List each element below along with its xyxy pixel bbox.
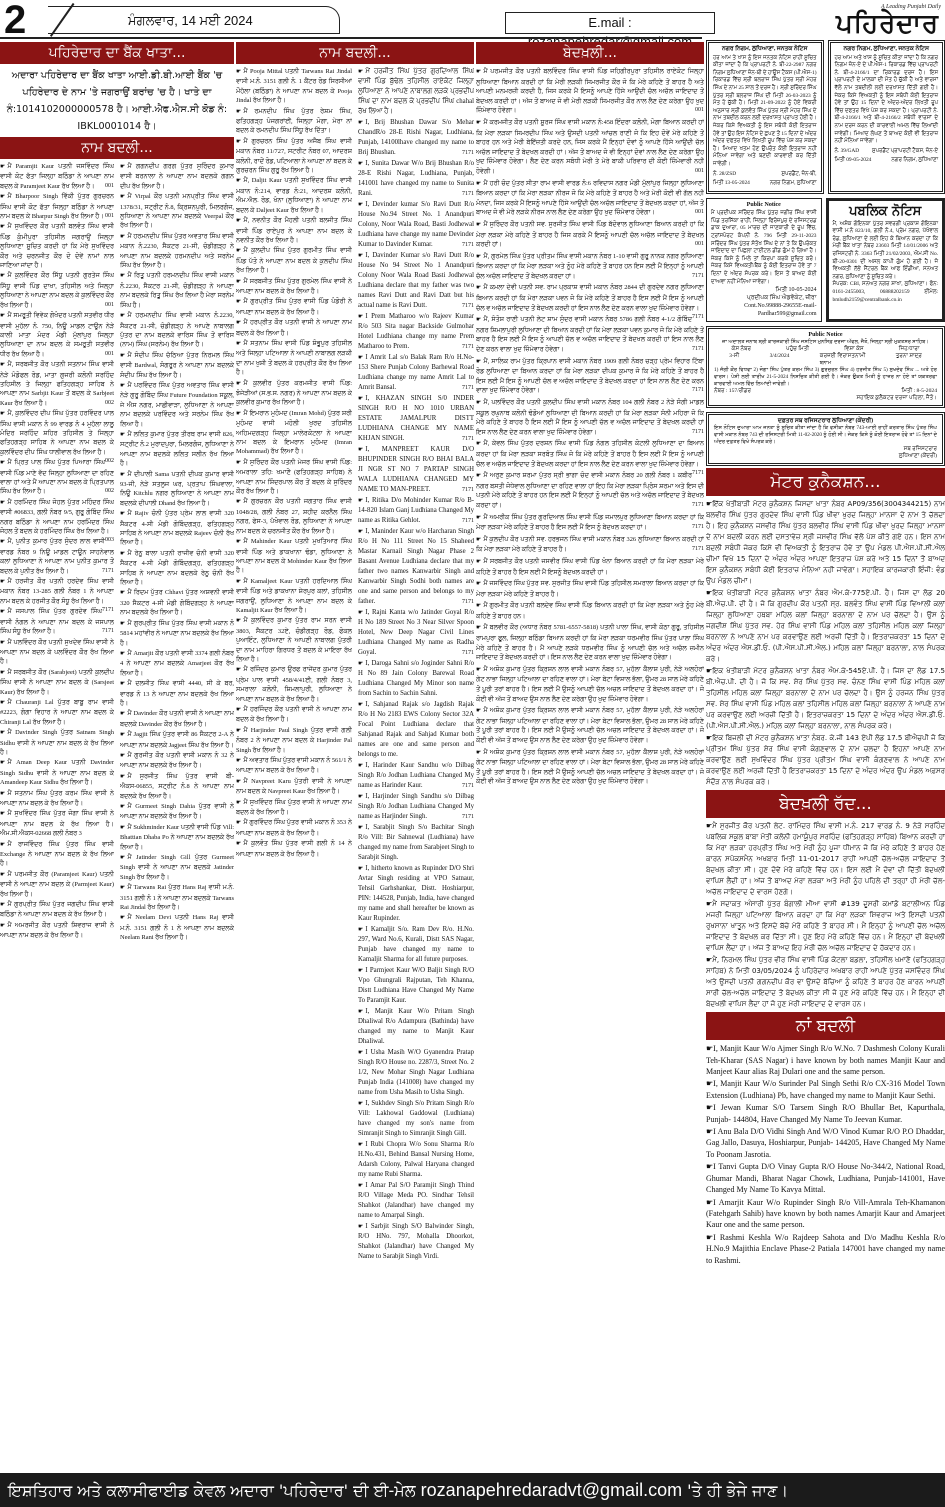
entry-text: ਮੈਂ ਲਲਿਤ ਕੁਮਾਰ ਪੁੱਤਰ ਤੀਰਥ ਰਾਮ ਵਾਸੀ 826, … xyxy=(120,431,234,467)
pointer-hand-icon: ☛ xyxy=(236,178,241,184)
list-item: ☛I, Davinder Kumar s/o Ravi Dutt R/o Hou… xyxy=(358,251,474,311)
entry-text: ਮੈਂ ਅਸ਼ੋਕ ਕੁਮਾਰ ਪੁੱਤਰ ਕ੍ਰਿਸ਼ਨ ਲਾਲ ਵਾਸੀ ਮ… xyxy=(476,749,704,786)
pointer-hand-icon: ☛ xyxy=(476,667,481,673)
entry-text: ਮੈਂ Tarwans Rai ਪੁੱਤਰ Hans Raj ਵਾਸੀ ਮ.ਨੰ… xyxy=(120,884,234,911)
pointer-hand-icon: ☛ xyxy=(358,396,363,402)
entry-code: 001 xyxy=(695,106,704,116)
list-item: ☛ਮੈਂ ਪਰਮਜੀਤ ਕੌਰ ਪਤਨੀ ਬਲਵਿੰਦਰ ਸਿੰਘ ਵਾਸੀ ਪ… xyxy=(476,67,704,116)
column-1: ਪਹਿਰੇਦਾਰ ਦਾ ਬੈਂਕ ਖਾਤਾ... ਅਦਾਰਾ ਪਹਿਰੇਦਾਰ … xyxy=(0,40,234,1468)
list-item: ☛ਮੈਂ ਰਿਤੂ ਪਤਨੀ ਹਰਮਨਦੀਪ ਸਿੰਘ ਵਾਸੀ ਮਕਾਨ ਨੰ… xyxy=(120,271,234,310)
entry-text: ਮੈਂ ਸੰਦੀਪ ਸਿੰਘ ਚੱਠਿਆ ਪੁੱਤਰ ਨਿਰਮਲ ਸਿੰਘ ਵਾ… xyxy=(120,352,234,379)
court-public-notice: Public Notice ਜ਼ਾ ਅਦਾਲਤ ਜਨਾਬ ਸ਼੍ਰੀ ਕਾਰਜਕ… xyxy=(706,326,945,408)
pointer-hand-icon: ☛ xyxy=(120,383,125,389)
pointer-hand-icon: ☛ xyxy=(0,411,5,417)
notice-title: ਨਗਰ ਨਿਗਮ, ਲੁਧਿਆਣਾ, ਜਨਤਕ ਨੋਟਿਸ xyxy=(835,46,939,54)
entry-text: ਮੈਂ Gurmeet Singh Dahia ਪੁੱਤਰ ਵਾਸੀ ਨੇ ਆਪ… xyxy=(120,803,234,820)
pointer-hand-icon: ☛ xyxy=(358,1224,363,1230)
entry-text: I, Maninder Kaur w/o Harcharan Singh R/o… xyxy=(358,528,474,605)
entry-text: ਮੈਂ Davinder ਕੌਰ ਪਤਨੀ ਵਾਸੀ ਨੇ ਆਪਣਾ ਨਾਮ ਬ… xyxy=(120,710,234,727)
pointer-hand-icon: ☛ xyxy=(358,661,363,667)
notice-ref: ਨੰ. 39/GAD xyxy=(835,148,860,156)
list-item: ☛ਮੈਂ ਗੁਰਮੀਤ ਕੌਰ ਪਤਨੀ ਬਲਦੇਵ ਸਿੰਘ ਵਾਸੀ ਪਿੰ… xyxy=(476,601,704,621)
entry-text: ਮੈਂ ਕੁਲਦੀਪ ਸਿੰਘ ਪੁੱਤਰ ਗੁਰਮੀਤ ਸਿੰਘ ਵਾਸੀ ਪ… xyxy=(236,247,352,274)
list-item: ☛ਮੈਂ ਅਸ਼ੋਕ ਕੁਮਾਰ ਪੁੱਤਰ ਕ੍ਰਿਸ਼ਨ ਲਾਲ ਵਾਸੀ … xyxy=(476,748,704,787)
pointer-hand-icon: ☛ xyxy=(476,603,481,609)
entry-text: I Anu Bala D/O Vidhi Singh And W/O Vinod… xyxy=(706,1127,945,1159)
entry-text: ਮੈਂ ਕੁਲਵੀਰ ਪੁੱਤਰ ਕਰਮਜੀਤ ਵਾਸੀ ਪਿੰਡ: ਝੰਜੇੜ… xyxy=(236,380,352,407)
entry-code: 7171 xyxy=(692,313,704,323)
notice-ref: ਨੰਬਰ : 157/ਰੀਡਰ xyxy=(714,388,751,395)
list-item: ☛ਮੈਂ ਰਾਜਵਿੰਦਰ ਸਿੰਘ ਪੁੱਤਰ ਸਿੰਘ ਵਾਸੀ Excha… xyxy=(0,840,114,869)
pointer-hand-icon: ☛ xyxy=(358,1009,363,1015)
pointer-hand-icon: ☛ xyxy=(0,872,5,878)
entry-text: I Tanvi Gupta D/O Vinay Gupta R/O House … xyxy=(706,1162,945,1194)
entry-text: ਮੈਂ ਅਮਰਜੀਤ ਕੌਰ ਪਤਨੀ ਸ਼ਿਵਰਾਜ ਵਾਸੀ ਨੇ ਆਪਣਾ… xyxy=(0,922,114,939)
entry-code: 7171 xyxy=(692,469,704,479)
notice-title: ਪਬਲਿਕ ਨੋਟਿਸ xyxy=(833,204,939,220)
entry-text: ਮੈਂ, Daljit Kaur ਪਤਨੀ ਸੁਖਵਿੰਦਰ ਸਿੰਘ ਵਾਸੀ… xyxy=(236,177,352,213)
pointer-hand-icon: ☛ xyxy=(120,855,125,861)
pointer-hand-icon: ☛ xyxy=(236,667,241,673)
name-change-english-list: ☛ਮੈਂ ਹਰਜੀਤ ਸਿੰਘ ਪੁੱਤਰ ਗੁਰਦਿਆਲ ਸਿੰਘ ਵਾਸੀ … xyxy=(358,67,474,1263)
pointer-hand-icon: ☛ xyxy=(476,559,481,565)
entry-text: ਮੈਂ ਅਰੁਣ ਕੁਮਾਰ ਸ਼ਰਮਾ ਪੁੱਤਰ ਸ੍ਰੀ ਭਾਗਾ ਚੰਦ… xyxy=(476,472,704,509)
pointer-hand-icon: ☛ xyxy=(236,248,241,254)
entry-text: ਮੈਂ, ਨਵਨੀਤ ਕੌਰ ਮੈਹਲੀ ਪਤਨੀ ਬਲਜੀਤ ਸਿੰਘ ਵਾਸ… xyxy=(236,217,352,244)
list-item: ☛I Kamaljit S/o. Ram Dev R/o. H.No. 297,… xyxy=(358,925,474,965)
pointer-hand-icon: ☛ xyxy=(120,885,125,891)
footer-text-end: 'ਤੇ ਹੀ ਭੇਜੇ ਜਾਣ। xyxy=(687,1481,788,1500)
name-change-heading-2: ਨਾਮ ਬਦਲੀ... xyxy=(236,42,474,64)
public-notice-bank: ਪਬਲਿਕ ਨੋਟਿਸ ਮੈਂ, ਅਸ਼ੋਕ ਗੋਇਨਕਾ ਪੁੱਤਰ ਸਵਰਗ… xyxy=(826,198,945,323)
entry-text: ਮੈਂ ਹਰਜਿੰਦਰ ਕੌਰ ਪਤਨੀ ਵਾਸੀ ਨੇ ਆਪਣਾ ਨਾਮ ਬਦ… xyxy=(236,706,352,723)
list-item: ☛ਮੈਂ ਕੁਲਦੀਪ ਕੌਰ ਪਤਨੀ ਸਵ. ਹਰਭਜਨ ਸਿੰਘ ਵਾਸੀ… xyxy=(476,535,704,555)
entry-text: ਮੈਂ Jatinder Singh Gill ਪੁੱਤਰ Gurmeet Si… xyxy=(120,854,234,881)
entry-text: ਮੈਂ ਸਮਰੂਤੀ ਵਿਵੇਕ ਗੋਖੰਦਰ ਪਤਨੀ ਸਤਵੀਰ ਧੀਰ ਵ… xyxy=(0,312,114,358)
entry-code: 7171 xyxy=(462,189,474,199)
entry-text: ਮੈਂ ਸੁਰਜੀਤ ਕੌਰ ਪਤਨੀ ਲੇਟ. ਰਾਮਿੰਦਰ ਸਿੰਘ ਵਾ… xyxy=(706,822,945,896)
list-item: ☛ਮੈਂ Tarwans Rai ਪੁੱਤਰ Hans Raj ਵਾਸੀ ਮ.ਨ… xyxy=(120,883,234,912)
pointer-hand-icon: ☛ xyxy=(0,923,5,929)
list-item: ☛ਮੈਂ ਅਰੁਣ ਕੁਮਾਰ ਸ਼ਰਮਾ ਪੁੱਤਰ ਸ੍ਰੀ ਭਾਗਾ ਚੰ… xyxy=(476,471,704,510)
case-col-value: 3/4/2024 xyxy=(770,353,790,360)
list-item: ☛ਮੈਂ ਗਗਨਦੀਪ ਗਰਗ ਪੁੱਤਰ ਸੁਰਿੰਦਰ ਕੁਮਾਰ ਵਾਸੀ… xyxy=(120,162,234,191)
list-item: ☛I, Sarabjit Singh S/o Bachitar Singh R/… xyxy=(358,823,474,863)
list-item: ☛I Rashmi Keshla W/o Rajdeep Sahota and … xyxy=(706,1232,945,1266)
pointer-hand-icon: ☛ xyxy=(236,279,241,285)
name-change-left-list: ☛ਮੈਂ Paramjit Kaur ਪਤਨੀ ਜਸਵਿੰਦਰ ਸਿੰਘ ਵਾਸ… xyxy=(0,162,114,944)
list-item: ☛ਮੈਂ ਰੇਨੂ ਬਾਲਾ ਪਤਨੀ ਰਾਜੀਵ ਚੰਨੀ ਵਾਸੀ 320 … xyxy=(120,549,234,588)
pointer-hand-icon: ☛ xyxy=(120,234,125,240)
entry-text: ਮੈਂ ਗੁਰਪ੍ਰੀਤ ਸਿੰਘ ਪੁੱਤਰ ਵਾਸੀ ਪਿੰਡ ਪੰਡੋਰੀ… xyxy=(236,298,352,315)
pointer-hand-icon: ☛ xyxy=(0,700,5,706)
pointer-hand-icon: ☛ xyxy=(476,400,481,406)
pointer-hand-icon: ☛ xyxy=(358,794,363,800)
disinheritance-list: ☛ਮੈਂ ਪਰਮਜੀਤ ਕੌਰ ਪਤਨੀ ਬਲਵਿੰਦਰ ਸਿੰਘ ਵਾਸੀ ਪ… xyxy=(476,67,704,787)
list-item: ☛ਮੈਂ, ਸਰਬਜੀਤ ਕੌਰ ਪਤਨੀ ਸਤਨਾਮ ਸਿੰਘ ਵਾਸੀ ਨੇ… xyxy=(0,360,114,408)
list-item: ☛ਮੈਂ ਅਸ਼ੋਕ ਕੁਮਾਰ ਪੁੱਤਰ ਕ੍ਰਿਸ਼ਨ ਲਾਲ ਵਾਸੀ … xyxy=(476,706,704,745)
list-item: ☛ਮੈਂ ਹਰਜਿੰਦਰ ਕੌਰ ਪਤਨੀ ਵਾਸੀ ਨੇ ਆਪਣਾ ਨਾਮ ਬ… xyxy=(236,705,352,725)
list-item: ☛ਮੈਂ Davinder Singh ਪੁੱਤਰ Satnam Singh S… xyxy=(0,728,114,757)
list-item: ☛ਮੈਂ ਬਲਵੀਰ ਕੌਰ (ਅਧਾਰ ਨੰਬਰ 5781-6557-5818… xyxy=(476,623,704,662)
notice-contact[interactable]: ਸੰਪਰਕ: CBI, ਸਨਅਤ ਨਗਰ ਸ਼ਾਖਾ, ਲੁਧਿਆਣਾ। ਫੋਨ… xyxy=(833,281,939,304)
pointer-hand-icon: ☛ xyxy=(120,432,125,438)
pointer-hand-icon: ☛ xyxy=(236,618,241,624)
entry-text: ਮੈਂ ਅਸ਼ੋਕ ਕੁਮਾਰ ਪੁੱਤਰ ਕ੍ਰਿਸ਼ਨ ਲਾਲ ਵਾਸੀ ਮ… xyxy=(476,707,704,744)
name-change-punjabi-list: ☛ਮੈਂ Pooja Mittal ਪਤਨੀ Tarwans Rai Jinda… xyxy=(236,67,352,1263)
entry-code: 001 xyxy=(105,301,114,310)
pointer-hand-icon: ☛ xyxy=(236,218,241,224)
list-item: ☛ਮੈਂ ਕੁਲਦੀਪ ਸਿੰਘ ਪੁੱਤਰ ਗੁਰਮੀਤ ਸਿੰਘ ਵਾਸੀ … xyxy=(236,246,352,275)
entry-code: 7171 xyxy=(462,301,474,311)
list-item: ☛I, Rajni Kanta w/o Jatinder Goyal R/o H… xyxy=(358,608,474,658)
entry-text: I, hitherto known as Rupinder D/O Shri A… xyxy=(358,865,474,922)
pointer-hand-icon: ☛ xyxy=(476,69,481,75)
notice-office: ਨਗਰ ਨਿਗਮ, ਲੁਧਿਆਣਾ xyxy=(770,180,817,188)
pointer-hand-icon: ☛ xyxy=(236,299,241,305)
disinheritance-cancel-heading: ਬੇਦਖ਼ਲੀ ਰੱਦ... xyxy=(706,790,945,818)
entry-text: ਮੈਂ Harjinder Paul Singh ਪੁੱਤਰ ਵਾਸੀ ਗਲੀ … xyxy=(236,727,352,754)
pointer-hand-icon: ☛ xyxy=(0,273,5,279)
list-item: ☛ਮੈਂ ਸੁਰਿੰਦਰ ਕੌਰ ਪਤਨੀ ਮੇਜਰ ਸਿੰਘ ਵਾਸੀ ਪਿੰ… xyxy=(236,458,352,497)
list-item: ☛I, Ritika D/o Mohinder Kumar R/o B-14-8… xyxy=(358,496,474,526)
pointer-hand-icon: ☛ xyxy=(236,579,241,585)
list-item: ☛ਮੈਂ ਹਰਪ੍ਰੀਤ ਕੌਰ ਪਤਨੀ ਵਾਸੀ ਨੇ ਆਪਣਾ ਨਾਮ ਬ… xyxy=(236,318,352,338)
pointer-hand-icon: ☛ xyxy=(476,285,481,291)
list-item: ☛I, Harjinder Singh Sandhu s/o Dilbag Si… xyxy=(358,792,474,822)
list-item: ☛I Tanvi Gupta D/O Vinay Gupta R/O House… xyxy=(706,1161,945,1195)
entry-text: ਮੈਂ ਹਰੀ ਚੰਦ ਪੁੱਤਰ ਸੀਤਾ ਰਾਮ ਵਾਸੀ ਵਾਰਡ ਨੰ:… xyxy=(476,180,704,217)
entry-text: ਮੈਂ Aman Deep Kaur ਪਤਨੀ Davinder Singh S… xyxy=(0,759,114,786)
list-item: ☛ਮੈਂ, ਨਵਨੀਤ ਕੌਰ ਮੈਹਲੀ ਪਤਨੀ ਬਲਜੀਤ ਸਿੰਘ ਵਾ… xyxy=(236,216,352,245)
pointer-hand-icon: ☛ xyxy=(476,317,481,323)
list-item: ☛I, Maninder Kaur w/o Harcharan Singh R/… xyxy=(358,527,474,607)
contact-email[interactable]: E.mail : rozanapehredar@gmail.com xyxy=(505,12,715,34)
entry-text: I, MANPREET KAUR D/O BHUPINDER SINGH R/O… xyxy=(358,446,474,493)
pointer-hand-icon: ☛ xyxy=(358,763,363,769)
pointer-hand-icon: ☛ xyxy=(120,732,125,738)
entry-text: ਮੈਂ Chauranji Lal ਪੁੱਤਰ ਬਾਬੂ ਰਾਮ ਵਾਸੀ #2… xyxy=(0,699,114,726)
list-item: ☛ਮੈਂ ਕੁਲਵੰਤ ਸਿੰਘ ਪੁੱਤਰ ਵਾਸੀ ਗਲੀ ਨੰ 14 ਨੇ… xyxy=(236,839,352,859)
list-item: ☛ਮੈਂ ਕਰਮਜੀਤ ਕੌਰ ਪਤਨੀ ਸੂਰਜ ਸਿੰਘ ਵਾਸੀ ਮਕਾਨ… xyxy=(476,118,704,177)
pointer-hand-icon: ☛ xyxy=(236,341,241,347)
entry-text: I, Manjit Kaur W/o Ajmer Singh R/o W.No.… xyxy=(706,1044,945,1076)
pointer-hand-icon: ☛ xyxy=(236,109,241,115)
pointer-hand-icon: ☛ xyxy=(358,529,363,535)
entry-text: ਮੈਂ ਅਸ਼ੋਕ ਕੁਮਾਰ ਪੁੱਤਰ ਕ੍ਰਿਸ਼ਨ ਲਾਲ ਵਾਸੀ ਮ… xyxy=(476,666,704,703)
date-tab: ਮੰਗਲਵਾਰ, 14 ਮਈ 2024 xyxy=(48,6,340,34)
list-item: ☛ਇਕ ਬਿਜਲੀ ਦੀ ਮੋਟਰ ਕੁਨੈਕਸ਼ਨ ਖਾਤਾ ਨੰਬਰ. ਕੇ… xyxy=(706,733,945,788)
pointer-hand-icon: ☛ xyxy=(0,640,5,646)
entry-code: 7171 xyxy=(462,342,474,352)
list-item: ☛ਮੈਂ ਸਮਰੂਤੀ ਵਿਵੇਕ ਗੋਖੰਦਰ ਪਤਨੀ ਸਤਵੀਰ ਧੀਰ … xyxy=(0,311,114,359)
entry-text: ਮੈਂ Bharpoor Singh ਵਿੱਕੀ ਪੁੱਤਰ ਗੁਰਚਰਨ ਸਿ… xyxy=(0,193,114,220)
list-item: ☛ਮੈਂ ਸੁਖਵਿੰਦਰ ਕੌਰ ਪਤਨੀ ਬਲਵੰਤ ਸਿੰਘ ਵਾਸੀ ਪ… xyxy=(0,222,114,270)
list-item: ☛ਮੈਂ ਗੁਰਪ੍ਰੀਤ ਸਿੰਘ ਪੁੱਤਰ ਸਿੰਘ ਵਾਸੀ ਮਕਾਨ … xyxy=(120,619,234,648)
pointer-hand-icon: ☛ xyxy=(0,811,5,817)
list-item: ☛I Amrit Lal s/o Balak Ram R/o H.No-153 … xyxy=(358,353,474,393)
list-item: ☛ਮੈਂ ਕੁਲਵਿੰਦਰ ਕੌਰ ਸਿੱਧੂ ਪਤਨੀ ਗੁਰਤੇਜ ਸਿੰਘ… xyxy=(0,271,114,310)
pointer-hand-icon: ☛ xyxy=(358,927,363,933)
entry-text: I, Davinder Kumar s/o Ravi Dutt R/o Hous… xyxy=(358,252,474,309)
entry-text: ਮੈਂ Rajiv ਚੰਨੀ ਪੁੱਤਰ ਪ੍ਰੇਮ ਲਾਲ ਵਾਸੀ 320 … xyxy=(120,510,234,546)
list-item: ☛ਮੈਂ ਸੁਖਵਿੰਦਰ ਸਿੰਘ ਪੁੱਤਰ ਜੋਗਾ ਸਿੰਘ ਵਾਸੀ … xyxy=(0,809,114,838)
entry-text: ਮੈਂ Virpal ਕੌਰ ਪਤਨੀ ਮਨਪ੍ਰੀਤ ਸਿੰਘ ਵਾਸੀ 13… xyxy=(120,193,234,229)
list-item: ☛ਮੈਂ ਹਰਜੀਤ ਕੌਰ ਪਤਨੀ ਹਰਦੇਵ ਸਿੰਘ ਵਾਸੀ ਮਕਾਨ… xyxy=(0,577,114,606)
notice-signatory: ਸੁਪਰਡੈਂਟ ਪ੍ਰਾਪਰਟੀ ਟੈਕਸ, ਜ਼ੋਨ-ਏ xyxy=(872,148,938,156)
pointer-hand-icon: ☛ xyxy=(358,253,363,259)
notice-body: ਮੈਂ, ਅਸ਼ੋਕ ਗੋਇਨਕਾ ਪੁੱਤਰ ਸਵਰਗੀ ਪ੍ਰਕਾਸ਼ ਗੋ… xyxy=(833,221,939,282)
list-item: ☛ਮੈਂ ਜਸਪਾਲ ਸਿੰਘ ਪੁੱਤਰ ਗੁਰਦੇਵ ਸਿੰਘ ਵਾਸੀ ਨ… xyxy=(0,607,114,636)
entry-text: ਮੈਂ ਅਮਰੀਕ ਸਿੰਘ ਪੁੱਤਰ ਗੁਰਦਿਆਲ ਸਿੰਘ ਵਾਸੀ ਪ… xyxy=(476,514,704,532)
list-item: ☛ਮੈਂ, ਕੁਲਵਿੰਦਰ ਦੀਪ ਸਿੰਘ ਪੁੱਤਰ ਹਰਵਿੰਦਰ ਪਾ… xyxy=(0,409,114,457)
entry-code: 7171 xyxy=(102,606,114,615)
entry-text: I Prem Matharoo w/o Rajeev Kumar R/o 503… xyxy=(358,313,474,350)
list-item: ☛I, Harinder Kaur Sandhu w/o Dilbag Sing… xyxy=(358,761,474,791)
list-item: ☛ਮੈਂ ਕੁਲਵੀਰ ਪੁੱਤਰ ਕਰਮਜੀਤ ਵਾਸੀ ਪਿੰਡ: ਝੰਜੇ… xyxy=(236,379,352,408)
pointer-hand-icon: ☛ xyxy=(120,313,125,319)
list-item: ☛I Usha Masih W/O Gyanendra Pratap Singh… xyxy=(358,1048,474,1098)
pointer-hand-icon: ☛ xyxy=(476,222,481,228)
case-col-label: ਪਹੁੰਚ ਮਿਤੀ xyxy=(786,346,809,353)
list-item: ☛ਮੈਂ, ਗੁਰਮੇਲ ਸਿੰਘ ਪੁੱਤਰ ਪ੍ਰੀਤਮ ਸਿੰਘ ਵਾਸੀ… xyxy=(476,252,704,282)
entry-text: I, Manjit Kaur W/o Surinder Pal Singh Se… xyxy=(706,1079,945,1099)
pointer-hand-icon: ☛ xyxy=(358,610,363,616)
list-item: ☛ਮੈਂ ਸਰਬਜੀਤ ਕੌਰ ਪਤਨੀ ਜਸਵੀਰ ਸਿੰਘ ਵਾਸੀ ਪਿੰ… xyxy=(476,557,704,577)
list-item: ☛ਮੈਂ, ਪਲਵਿੰਦਰ ਕੌਰ ਪਤਨੀ ਕੁਲਦੀਪ ਸਿੰਘ ਵਾਸੀ … xyxy=(476,398,704,437)
entry-text: I Sarbjit Singh S/O Balwinder Singh, R/O… xyxy=(358,1223,474,1260)
entry-code: 002 xyxy=(105,457,114,466)
entry-text: I, Harjinder Singh Sandhu s/o Dilbag Sin… xyxy=(358,793,474,820)
pointer-hand-icon: ☛ xyxy=(120,804,125,810)
column-2: ਨਾਮ ਬਦਲੀ... ☛ਮੈਂ Pooja Mittal ਪਤਨੀ Tarwa… xyxy=(236,40,474,1468)
entry-text: ਮੈਂ ਗਗਨਦੀਪ ਗਰਗ ਪੁੱਤਰ ਸੁਰਿੰਦਰ ਕੁਮਾਰ ਵਾਸੀ … xyxy=(120,163,234,190)
entry-text: ਮੈਂ ਰਮਨਦੀਪ ਸਿੰਘ ਪੁੱਤਰ ਰੇਸ਼ਮ ਸਿੰਘ, ਫਤਿਹਗੜ… xyxy=(236,108,352,135)
entry-code: 7171 xyxy=(462,485,474,495)
name-change-subcolumns: ☛ਮੈਂ Paramjit Kaur ਪਤਨੀ ਜਸਵਿੰਦਰ ਸਿੰਘ ਵਾਸ… xyxy=(0,162,234,944)
list-item: ☛ਮੈਂ ਪ੍ਰਿਤ ਪਾਲ ਸਿੰਘ ਪੁੱਤਰ ਪਿਆਰਾ ਸਿੰਘ ਵਾਸ… xyxy=(0,458,114,497)
entry-text: ਮੈਂ ਹਰਜੀਤ ਸਿੰਘ ਪੁੱਤਰ ਗੁਰਦਿਆਲ ਸਿੰਘ ਵਾਸੀ ਪ… xyxy=(358,68,474,115)
pointer-hand-icon: ☛ xyxy=(358,447,363,453)
entry-text: I, Devinder kumar S/o Ravi Dutt R/o Hous… xyxy=(358,201,474,248)
entry-text: ਮੈਂ Pooja Mittal ਪਤਨੀ Tarwans Rai Jindal… xyxy=(236,68,352,104)
pointer-hand-icon: ☛ xyxy=(476,708,481,714)
list-item: ☛ਮੈਂ ਰਿਦਮ ਪੁੱਤਰ Chhavi ਪੁੱਤਰ ਅਸ਼ਵਨੀ ਵਾਸੀ… xyxy=(120,588,234,617)
pointer-hand-icon: ☛ xyxy=(0,460,5,466)
pointer-hand-icon: ☛ xyxy=(358,1050,363,1056)
entry-text: ਮੈਂ ਹਰਪ੍ਰੀਤ ਕੌਰ ਪਤਨੀ ਵਾਸੀ ਨੇ ਆਪਣਾ ਨਾਮ ਬਦ… xyxy=(236,319,352,336)
list-item: ☛ਮੈਂ, ਸੰਤੋਸ਼ ਰਾਣੀ ਪਤਨੀ ਲੇਟ ਸ਼ਾਮ ਸੁੰਦਰ ਵਾ… xyxy=(476,315,704,354)
notice-body: 1) ਜੱਗੀ ਕੌਰ ਵਿਧਵਾ 2) ਜੋਗਾ ਸਿੰਘ ਪੁੱਤਰ ਕਰਮ… xyxy=(714,367,937,388)
list-item: ☛I, Brij Bhushan Dawar S/o Mehar ChandR/… xyxy=(358,118,474,158)
pointer-hand-icon: ☛ xyxy=(476,750,481,756)
entry-text: ਮੈਂ ਰਿਤੂ ਪਤਨੀ ਹਰਮਨਦੀਪ ਸਿੰਘ ਵਾਸੀ ਮਕਾਨ ਨੰ.… xyxy=(120,272,234,308)
masthead: 2 ਮੰਗਲਵਾਰ, 14 ਮਈ 2024 E.mail : rozanapeh… xyxy=(0,0,945,40)
list-item: ☛ਮੈਂ ਗੁਰਜੀਤ ਕੌਰ ਪਤਨੀ ਵਾਸੀ ਮਕਾਨ ਨੰ 32 ਨੇ … xyxy=(120,751,234,771)
list-item: ☛ਮੈਂ ਕੁਲਵਿੰਦਰ ਕੁਮਾਰ ਪੁੱਤਰ ਰਾਮ ਸਰਨ ਵਾਸੀ 3… xyxy=(236,616,352,664)
entry-text: ਮੈਂ Jagjit ਸਿੰਘ ਪੁੱਤਰ ਵਾਸੀ 86 ਸੈਕਟਰ 2-A … xyxy=(120,731,234,748)
notices-row-1: ਨਗਰ ਨਿਗਮ, ਲੁਧਿਆਣਾ, ਜਨਤਕ ਨੋਟਿਸ ਹਰ ਆਮ ਤੇ ਖ… xyxy=(706,40,945,194)
entry-code: 7171 xyxy=(462,516,474,526)
newspaper-logo: A Leading Punjabi Daily ਪਹਿਰੇਦਾਰ xyxy=(756,2,945,38)
pointer-hand-icon: ☛ xyxy=(236,69,241,75)
entry-text: ਮੈਂ, ਕੁਲਵਿੰਦਰ ਦੀਪ ਸਿੰਘ ਪੁੱਤਰ ਹਰਵਿੰਦਰ ਪਾਲ… xyxy=(0,410,114,456)
pointer-hand-icon: ☛ xyxy=(0,609,5,615)
list-item: ☛I, KHAZAN SINGH S/0 INDER SINGH R/O H N… xyxy=(358,394,474,444)
entry-text: ਮੈਂ Kamaljeet Kaur ਪਤਨੀ ਹਰਦਿਆਲ ਸਿੰਘ ਵਾਸੀ… xyxy=(236,578,352,614)
entry-text: ਮੈਂ ਗੁਰਜੀਤ ਕੌਰ ਪਤਨੀ ਵਾਸੀ ਮਕਾਨ ਨੰ 32 ਨੇ ਆ… xyxy=(120,752,234,769)
pointer-hand-icon: ☛ xyxy=(236,779,241,785)
list-item: ☛ਮੈਂ ਪਲਵਿੰਦਰ ਕੌਰ ਪਤਨੀ ਸੁਖਦੇਵ ਸਿੰਘ ਵਾਸੀ ਨ… xyxy=(0,638,114,667)
list-item: ☛ਮੈਂ ਸਰਬਜੀਤ ਕੌਰ (Sarabjeet) ਪਤਨੀ ਕੁਲਦੀਪ … xyxy=(0,668,114,697)
pointer-hand-icon: ☛ xyxy=(358,866,363,872)
notice-signatory: ਸੁਪਰਡੈਂਟ, ਜ਼ੋਨ-ਬੀ, xyxy=(781,171,816,179)
list-item: ☛ਮੈਂ ਹਰਮਨਦੀਪ ਸਿੰਘ ਵਾਸੀ ਮਕਾਨ ਨੰ.2230, ਸੈਕ… xyxy=(120,311,234,350)
footer-email[interactable]: rozanapehredaradvt@gmail.com xyxy=(421,1480,682,1500)
pointer-hand-icon: ☛ xyxy=(358,968,363,974)
entry-code: 001 xyxy=(695,167,704,177)
entry-code: 003 xyxy=(105,536,114,545)
logo-text: ਪਹਿਰੇਦਾਰ xyxy=(836,10,939,38)
entry-text: ਮੈਂ ਜਸਪਾਲ ਸਿੰਘ ਪੁੱਤਰ ਗੁਰਦੇਵ ਸਿੰਘ ਵਾਸੀ ਨੰ… xyxy=(0,608,114,635)
entry-code: 7171 xyxy=(692,386,704,396)
list-item: ☛ਮੈਂ ਕਮਲਾ ਦੇਵੀ ਪਤਨੀ ਸਵ. ਰਾਮ ਪ੍ਰਕਾਸ਼ ਵਾਸੀ… xyxy=(476,283,704,313)
list-item: ☛ਮੈਂ Pooja Mittal ਪਤਨੀ Tarwans Rai Jinda… xyxy=(236,67,352,106)
list-item: ☛ਮੈਂ Virpal ਕੌਰ ਪਤਨੀ ਮਨਪ੍ਰੀਤ ਸਿੰਘ ਵਾਸੀ 1… xyxy=(120,192,234,231)
motor-connection-list: ☛ਇੱਕ ਖੇਤੀਬਾੜੀ ਮੋਟਰ ਕੁਨੈਕਸ਼ਨ ਜਿਸਦਾ ਖਾਤਾ ਨ… xyxy=(706,499,945,788)
list-item: ☛I, Sunita Dawar W/o Brij Bhushan R/o 28… xyxy=(358,159,474,199)
list-item: ☛ਮੈਂ ਸਤਨਾਮ ਸਿੰਘ ਪੁੱਤਰ ਕਰਮ ਸਿੰਘ ਵਾਸੀ ਨੇ ਆ… xyxy=(0,789,114,809)
entry-text: ਮੈਂ ਸੁਖਵਿੰਦਰ ਕੌਰ ਪਤਨੀ ਬਲਵੰਤ ਸਿੰਘ ਵਾਸੀ ਪਿ… xyxy=(0,223,114,269)
entry-text: ਮੈਂ ਅਵਤਾਰ ਸਿੰਘ ਪੁੱਤਰ ਵਾਸੀ ਮਕਾਨ ਨੰ 561/1 … xyxy=(236,757,352,774)
entry-text: ਮੈਂ ਕੁਲਦੀਪ ਕੌਰ ਪਤਨੀ ਸਵ. ਹਰਭਜਨ ਸਿੰਘ ਵਾਸੀ … xyxy=(476,536,704,554)
pointer-hand-icon: ☛ xyxy=(358,702,363,708)
notice-title: ਨਗਰ ਨਿਗਮ, ਲੁਧਿਆਣਾ, ਜਨਤਕ ਨੋਟਿਸ xyxy=(713,46,817,54)
list-item: ☛ਮੈਂ ਅਵਤਾਰ ਸਿੰਘ ਪੁੱਤਰ ਵਾਸੀ ਮਕਾਨ ਨੰ 561/1… xyxy=(236,756,352,776)
entry-text: I Usha Masih W/O Gyanendra Pratap Singh … xyxy=(358,1049,474,1096)
entry-text: I, Sarabjit Singh S/o Bachitar Singh R/o… xyxy=(358,824,474,861)
pointer-hand-icon: ☛ xyxy=(476,120,481,126)
list-item: ☛ਮੈਂ ਦਲਜੀਤ ਸਿੰਘ ਵਾਸੀ 4440, ਸੀ ਕੇ ਬਰ, ਵਾਰ… xyxy=(120,679,234,708)
entry-code: 001 xyxy=(695,240,704,250)
entry-text: I Rashmi Keshla W/o Rajdeep Sahota and D… xyxy=(706,1233,945,1265)
pointer-hand-icon: ☛ xyxy=(236,381,241,387)
entry-text: ਮੈਂ ਜਸਵਿੰਦਰ ਸਿੰਘ ਪੁੱਤਰ ਸਵ. ਸੁਰਜੀਤ ਸਿੰਘ ਵ… xyxy=(476,580,704,598)
entry-text: ਮੈਂ ਸੁਖਵਿੰਦਰ ਸਿੰਘ ਪੁੱਤਰ ਜੋਗਾ ਸਿੰਘ ਵਾਸੀ ਨ… xyxy=(0,810,114,837)
pointer-hand-icon: ☛ xyxy=(358,314,363,320)
list-item: ☛ਮੈਂ ਰਮਨਦੀਪ ਸਿੰਘ ਪੁੱਤਰ ਰੇਸ਼ਮ ਸਿੰਘ, ਫਤਿਹਗ… xyxy=(236,107,352,136)
notice-contact[interactable]: Cont.No.99888-29655E-mail-Pardhar599@gma… xyxy=(711,302,817,318)
entry-text: ਮੈਂ ਕੁਲਵੰਤ ਸਿੰਘ ਪੁੱਤਰ ਵਾਸੀ ਗਲੀ ਨੰ 14 ਨੇ … xyxy=(236,840,352,857)
pointer-hand-icon: ☛ xyxy=(120,774,125,780)
entry-text: I Parmjeet Kaur W/O Baljit Singh R/O Vpo… xyxy=(358,967,474,1004)
list-item: ☛ਮੈਂ Bharpoor Singh ਵਿੱਕੀ ਪੁੱਤਰ ਗੁਰਚਰਨ ਸ… xyxy=(0,192,114,221)
date-tab-slash xyxy=(50,3,74,37)
issue-date: ਮੰਗਲਵਾਰ, 14 ਮਈ 2024 xyxy=(128,13,253,29)
entry-code: 001 xyxy=(105,212,114,221)
list-item: ☛ਮੈਂ, Daljit Kaur ਪਤਨੀ ਸੁਖਵਿੰਦਰ ਸਿੰਘ ਵਾਸ… xyxy=(236,176,352,215)
entry-text: ਮੈਂ ਰਜਿੰਦਰ ਕੁਮਾਰ ਉਰਫ ਰਾਜੇਂਦਰ ਕੁਮਾਰ ਪੁੱਤਰ… xyxy=(236,666,352,702)
pointer-hand-icon: ☛ xyxy=(120,511,125,517)
entry-text: ਇਕ ਖੇਤੀਬਾੜੀ ਮੋਟਰ ਕੁਨੈਕਸ਼ਨ ਖਾਤਾ ਨੰਬਰ ਐਮ.ਕ… xyxy=(706,667,945,730)
entry-text: ਮੈਂ ਹਰਮਨਦੀਪ ਸਿੰਘ ਪੁੱਤਰ ਅਵਤਾਰ ਸਿੰਘ ਵਾਸੀ ਮ… xyxy=(120,233,234,269)
entry-code: 7171 xyxy=(462,383,474,393)
entry-code: 7171 xyxy=(462,648,474,658)
pointer-hand-icon: ☛ xyxy=(358,69,363,75)
entry-text: I Kamaljit S/o. Ram Dev R/o. H.No. 297, … xyxy=(358,926,474,963)
list-item: ☛ਮੈਂ, ਕੇਵਲ ਸਿੰਘ ਪੁੱਤਰ ਦਰਸ਼ਨ ਸਿੰਘ ਵਾਸੀ ਪਿ… xyxy=(476,439,704,469)
entry-text: ਮੈਂ Mahinder Kaur ਪਤਨੀ ਮੁਖਤਿਆਰ ਸਿੰਘ ਵਾਸੀ… xyxy=(236,538,352,574)
entry-text: ਮੈਂ ਸੁਰਿੰਦਰ ਕੌਰ ਪਤਨੀ ਮੇਜਰ ਸਿੰਘ ਵਾਸੀ ਪਿੰਡ… xyxy=(236,459,352,495)
entry-text: I, Rajni Kanta w/o Jatinder Goyal R/o H … xyxy=(358,609,474,656)
entry-text: ਮੈਂ Sukhminder Kaur ਪਤਨੀ ਵਾਸੀ ਪਿੰਡ Vill:… xyxy=(120,824,234,851)
list-item: ☛ਮੈਂ Jatinder Singh Gill ਪੁੱਤਰ Gurmeet S… xyxy=(120,853,234,882)
entry-text: ਮੈਂ, ਕੇਵਲ ਸਿੰਘ ਪੁੱਤਰ ਦਰਸ਼ਨ ਸਿੰਘ ਵਾਸੀ ਪਿੰ… xyxy=(476,440,704,467)
notice-office: ਨਗਰ ਨਿਗਮ, ਲੁਧਿਆਣਾ xyxy=(891,157,938,165)
list-item: ☛ਇਕ ਖੇਤੀਬਾੜੀ ਮੋਟਰ ਕੁਨੈਕਸ਼ਨ ਖਾਤਾ ਨੰਬਰ ਐਮ.… xyxy=(706,588,945,665)
pointer-hand-icon: ☛ xyxy=(120,551,125,557)
list-item: ☛I, Daroga Sahni s/o Joginder Sahni R/o … xyxy=(358,659,474,699)
pointer-hand-icon: ☛ xyxy=(236,539,241,545)
name-change-right-list: ☛ਮੈਂ ਗਗਨਦੀਪ ਗਰਗ ਪੁੱਤਰ ਸੁਰਿੰਦਰ ਕੁਮਾਰ ਵਾਸੀ… xyxy=(120,162,234,944)
pointer-hand-icon: ☛ xyxy=(0,224,5,230)
entry-text: ਮੈਂ ਪਰਮਜੀਤ ਕੌਰ (Paramjeet Kaur) ਪਤਨੀ ਵਾਸ… xyxy=(0,871,114,898)
entry-text: ਮੈਂ ਕੁਲਵਿੰਦਰ ਕੁਮਾਰ ਪੁੱਤਰ ਰਾਮ ਸਰਨ ਵਾਸੀ 38… xyxy=(236,617,352,663)
entry-text: I Rubi Chopra W/o Sonu Sharma R/o H.No.4… xyxy=(358,1141,474,1178)
entry-text: I, Sukhdev Singh S/o Pritam Singh R/o Vi… xyxy=(358,1100,474,1137)
list-item: ☛I Amar Pal S/O Paramjit Singh Thind R/O… xyxy=(358,1181,474,1221)
list-item: ☛I, Manjit Kaur W/o Surinder Pal Singh S… xyxy=(706,1078,945,1101)
list-item: ☛ਮੈਂ Sukhminder Kaur ਪਤਨੀ ਵਾਸੀ ਪਿੰਡ Vill… xyxy=(120,823,234,852)
notice-body: ਇਸ ਨੋਟਿਸ ਦੁਆਰਾ ਆਮ ਜਨਤਾ ਨੂੰ ਸੂਚਿਤ ਕੀਤਾ ਜਾ… xyxy=(714,425,937,446)
pointer-hand-icon: ☛ xyxy=(236,707,241,713)
entry-text: ਮੈਂ ਗੁਰਪ੍ਰੀਤ ਸਿੰਘ ਪੁੱਤਰ ਜਗਦੀਪ ਸਿੰਘ ਵਾਸੀ … xyxy=(0,901,114,918)
notices-row-2: Public Notice ਮੈਂ ਪ੍ਰਦੀਪਕ ਸਰਿੰਦਰ ਸਿੰਘ ਪੁ… xyxy=(706,198,945,323)
entry-text: I, Sunita Dawar W/o Brij Bhushan R/o 28-… xyxy=(358,160,474,197)
entry-text: ਮੈਂ ਰਿਦਮ ਪੁੱਤਰ Chhavi ਪੁੱਤਰ ਅਸ਼ਵਨੀ ਵਾਸੀ … xyxy=(120,589,234,616)
entry-text: ਮੈਂ ਹਰਜੀਤ ਕੌਰ ਪਤਨੀ ਹਰਦੇਵ ਸਿੰਘ ਵਾਸੀ ਮਕਾਨ … xyxy=(0,578,114,605)
entry-text: I, Daroga Sahni s/o Joginder Sahni R/o H… xyxy=(358,660,474,697)
pointer-hand-icon: ☛ xyxy=(0,760,5,766)
entry-text: ਮੈਂ, ਗੁਰਮੇਲ ਸਿੰਘ ਪੁੱਤਰ ਪ੍ਰੀਤਮ ਸਿੰਘ ਵਾਸੀ … xyxy=(476,253,704,280)
entry-code: 001 xyxy=(105,182,114,191)
pointer-hand-icon: ☛ xyxy=(120,681,125,687)
list-item: ☛ਮੈਂ ਹਰਮਨਦੀਪ ਸਿੰਘ ਪੁੱਤਰ ਅਵਤਾਰ ਸਿੰਘ ਵਾਸੀ … xyxy=(120,232,234,271)
pointer-hand-icon: ☛ xyxy=(0,730,5,736)
list-item: ☛ਮੈਂ ਸੁਰਜੀਤ ਕੌਰ ਪਤਨੀ ਲੇਟ. ਰਾਮਿੰਦਰ ਸਿੰਘ ਵ… xyxy=(706,821,945,898)
list-item: ☛I, Manjit Kaur W/o Ajmer Singh R/o W.No… xyxy=(706,1043,945,1077)
list-item: ☛ਮੈਂ Paramjit Kaur ਪਤਨੀ ਜਸਵਿੰਦਰ ਸਿੰਘ ਵਾਸ… xyxy=(0,162,114,191)
entry-text: ਮੈਂ ਦਲਜੀਤ ਸਿੰਘ ਵਾਸੀ 4440, ਸੀ ਕੇ ਬਰ, ਵਾਰਡ… xyxy=(120,680,234,707)
footer-text: ਇਸ਼ਤਿਹਾਰ ਅਤੇ ਕਲਾਸੀਫਾਈਡ ਕੇਵਲ ਅਦਾਰਾ 'ਪਹਿਰੇ… xyxy=(8,1481,416,1500)
pointer-hand-icon: ☛ xyxy=(358,498,363,504)
pointer-hand-icon: ☛ xyxy=(0,164,5,170)
pointer-hand-icon: ☛ xyxy=(236,728,241,734)
list-item: ☛I Jewan Kumar S/O Tarsem Singh R/O Bhul… xyxy=(706,1102,945,1125)
list-item: ☛ਮੈਂ ਇਮਰਾਨ ਮੁਹੰਮਦ (Imran Mohd) ਪੁੱਤਰ ਸ਼ਰ… xyxy=(236,409,352,457)
list-item: ☛I Rubi Chopra W/o Sonu Sharma R/o H.No.… xyxy=(358,1140,474,1180)
pointer-hand-icon: ☛ xyxy=(358,355,363,361)
entry-text: I Jewan Kumar S/O Tarsem Singh R/O Bhull… xyxy=(706,1103,945,1123)
entry-code: 7171 xyxy=(462,434,474,444)
pointer-hand-icon: ☛ xyxy=(476,181,481,187)
entry-text: ਮੈਂ ਸਤਨਾਮ ਸਿੰਘ ਵਾਸੀ ਪਿੰਡ ਸ਼ੰਭੂਪੁਰ ਤਹਿਸੀਲ… xyxy=(236,340,352,376)
list-item: ☛ਮੈਂ, ਸਾਲਿਕ ਰਾਮ ਪੁੱਤਰ ਕ੍ਰਿਪਾਨ ਵਾਸੀ ਮਕਾਨ … xyxy=(476,357,704,396)
entry-text: ਮੈਂ ਇਮਰਾਨ ਮੁਹੰਮਦ (Imran Mohd) ਪੁੱਤਰ ਸ਼ਰੀ… xyxy=(236,410,352,456)
pointer-hand-icon: ☛ xyxy=(476,625,481,631)
disinheritance-cancel-list: ☛ਮੈਂ ਸੁਰਜੀਤ ਕੌਰ ਪਤਨੀ ਲੇਟ. ਰਾਮਿੰਦਰ ਸਿੰਘ ਵ… xyxy=(706,821,945,1010)
entry-code: 7171 xyxy=(692,523,704,533)
